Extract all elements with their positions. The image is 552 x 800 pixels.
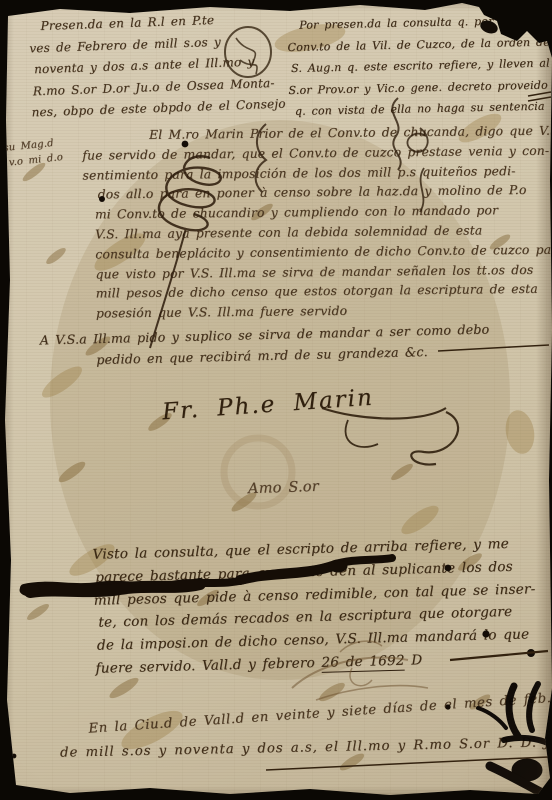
- signature-name: Fr. Ph.e Marin: [161, 385, 374, 426]
- decree-block: Visto la consulta, que el escripto de ar…: [92, 532, 537, 680]
- salutation: Amo S.or: [248, 479, 319, 497]
- signature-rubric: [322, 408, 458, 465]
- manuscript-line: Por presen.da la consulta q. por el: [287, 9, 552, 37]
- header-right-block: Por presen.da la consulta q. por el Conv…: [287, 9, 552, 123]
- closing-line-1: En la Ciu.d de Vall.d en veinte y siete …: [88, 690, 552, 736]
- manuscript-page: Presen.da en la R.l en P.te ves de Febre…: [0, 0, 552, 800]
- body-block: El M.ro Marin Prior de el Conv.to de chu…: [57, 121, 552, 325]
- manuscript-line: En la Ciu.d de Vall.d en veinte y siete …: [88, 690, 552, 736]
- header-left-block: Presen.da en la R.l en P.te ves de Febre…: [28, 8, 286, 124]
- salutation-text: Amo S.or: [248, 479, 319, 497]
- petition-block: A V.S.a Ill.ma pido y suplico se sirva d…: [40, 319, 491, 372]
- signature: Fr. Ph.e Marin: [161, 385, 374, 426]
- date-prefix: fuere servido. Vall.d y febrero: [95, 655, 321, 677]
- manuscript-scan: Presen.da en la R.l en P.te ves de Febre…: [0, 0, 552, 800]
- closing-line-2: de mill s.os y noventa y dos a.s, el Ill…: [60, 734, 552, 760]
- date-suffix: D: [404, 652, 422, 668]
- manuscript-line: de mill s.os y noventa y dos a.s, el Ill…: [60, 734, 552, 760]
- margin-note: su Mag.d v.o mi d.o: [3, 135, 64, 171]
- date-underlined: 26 de 1692: [321, 653, 405, 673]
